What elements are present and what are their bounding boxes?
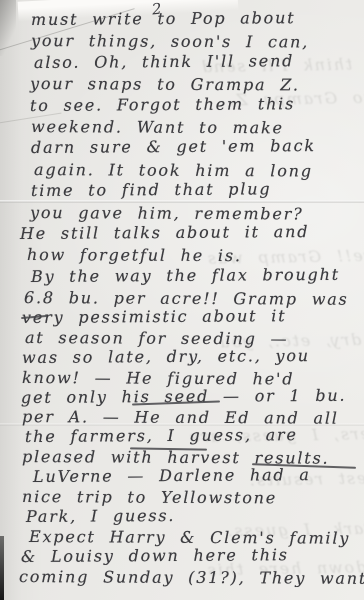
letter-line: coming Sunday (31?), They want	[19, 567, 364, 589]
letter-page: also. Oh, think I'll send your snaps to …	[0, 0, 364, 600]
letter-line: was so late, dry, etc., you	[22, 345, 364, 367]
letter-line: to see. Forgot them this	[30, 93, 364, 117]
letter-line: & Louisy down here this	[21, 544, 364, 566]
letter-line: time to find that plug	[31, 179, 364, 203]
letter-line: get only his seed — or 1 bu.	[21, 385, 364, 407]
letter-line: very pessimistic about it	[22, 306, 364, 328]
letter-line: darn sure & get 'em back	[31, 136, 364, 160]
letter-line: LuVerne — Darlene had a	[33, 465, 364, 487]
letter-line: must write to Pop about	[31, 8, 364, 32]
letter-line: also. Oh, think I'll send	[34, 50, 364, 74]
letter-body: must write to Pop about your things, soo…	[0, 10, 364, 586]
letter-line: the farmers, I guess, are	[25, 425, 364, 447]
letter-line: By the way the flax brought	[31, 264, 364, 288]
letter-line: He still talks about it and	[20, 222, 364, 246]
letter-line: Park, I guess.	[26, 505, 364, 527]
